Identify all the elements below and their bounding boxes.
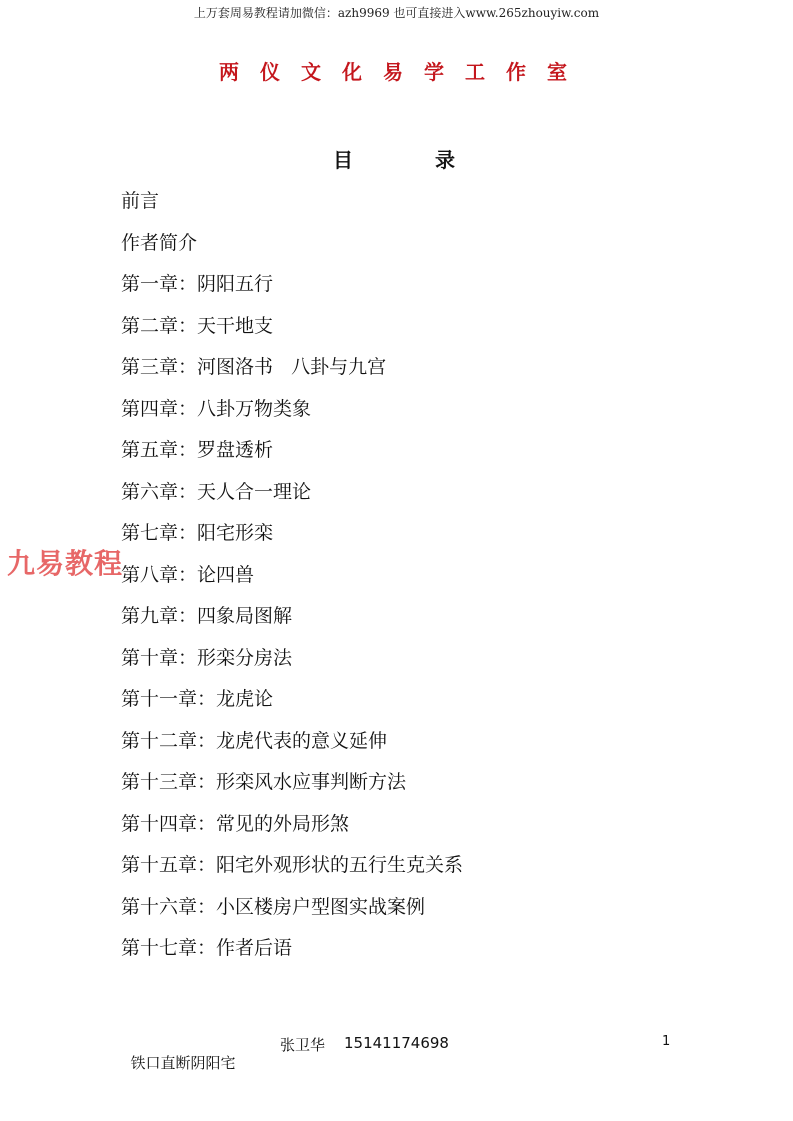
footer-author: 张卫华 — [280, 1034, 325, 1055]
page-number: 1 — [662, 1034, 670, 1049]
studio-name: 两仪文化易学工作室 — [0, 56, 793, 85]
toc-title: 目录 — [333, 144, 455, 173]
toc-item-chapter-11: 第十一章：龙虎论 — [121, 684, 463, 726]
toc-item-chapter-2: 第二章：天干地支 — [121, 311, 463, 353]
toc-title-char-2: 录 — [435, 144, 455, 173]
footer-phone: 15141174698 — [344, 1034, 449, 1052]
footer-book-title: 铁口直断阴阳宅 — [131, 1054, 236, 1072]
toc-item-chapter-10: 第十章：形栾分房法 — [121, 643, 463, 685]
toc-item-chapter-1: 第一章：阴阳五行 — [121, 269, 463, 311]
watermark: 九易教程 — [7, 542, 123, 582]
toc-item-chapter-5: 第五章：罗盘透析 — [121, 435, 463, 477]
toc-item-chapter-7: 第七章：阳宅形栾 — [121, 518, 463, 560]
toc-item-chapter-14: 第十四章：常见的外局形煞 — [121, 809, 463, 851]
toc-item-chapter-4: 第四章：八卦万物类象 — [121, 394, 463, 436]
toc-item-chapter-16: 第十六章：小区楼房户型图实战案例 — [121, 892, 463, 934]
footer: 铁口直断阴阳宅 张卫华 15141174698 — [121, 1034, 236, 1109]
toc-item-chapter-15: 第十五章：阳宅外观形状的五行生克关系 — [121, 850, 463, 892]
toc-item-chapter-8: 第八章：论四兽 — [121, 560, 463, 602]
toc-item-chapter-12: 第十二章：龙虎代表的意义延伸 — [121, 726, 463, 768]
table-of-contents: 前言 作者简介 第一章：阴阳五行 第二章：天干地支 第三章：河图洛书 八卦与九宫… — [121, 186, 463, 975]
toc-item-chapter-9: 第九章：四象局图解 — [121, 601, 463, 643]
toc-item-chapter-13: 第十三章：形栾风水应事判断方法 — [121, 767, 463, 809]
toc-item-preface: 前言 — [121, 186, 463, 228]
toc-item-chapter-6: 第六章：天人合一理论 — [121, 477, 463, 519]
toc-item-chapter-17: 第十七章：作者后语 — [121, 933, 463, 975]
header-notice: 上万套周易教程请加微信：azh9969 也可直接进入www.265zhouyiw… — [0, 4, 793, 21]
toc-item-chapter-3: 第三章：河图洛书 八卦与九宫 — [121, 352, 463, 394]
toc-item-author-intro: 作者简介 — [121, 228, 463, 270]
toc-title-char-1: 目 — [333, 144, 353, 173]
